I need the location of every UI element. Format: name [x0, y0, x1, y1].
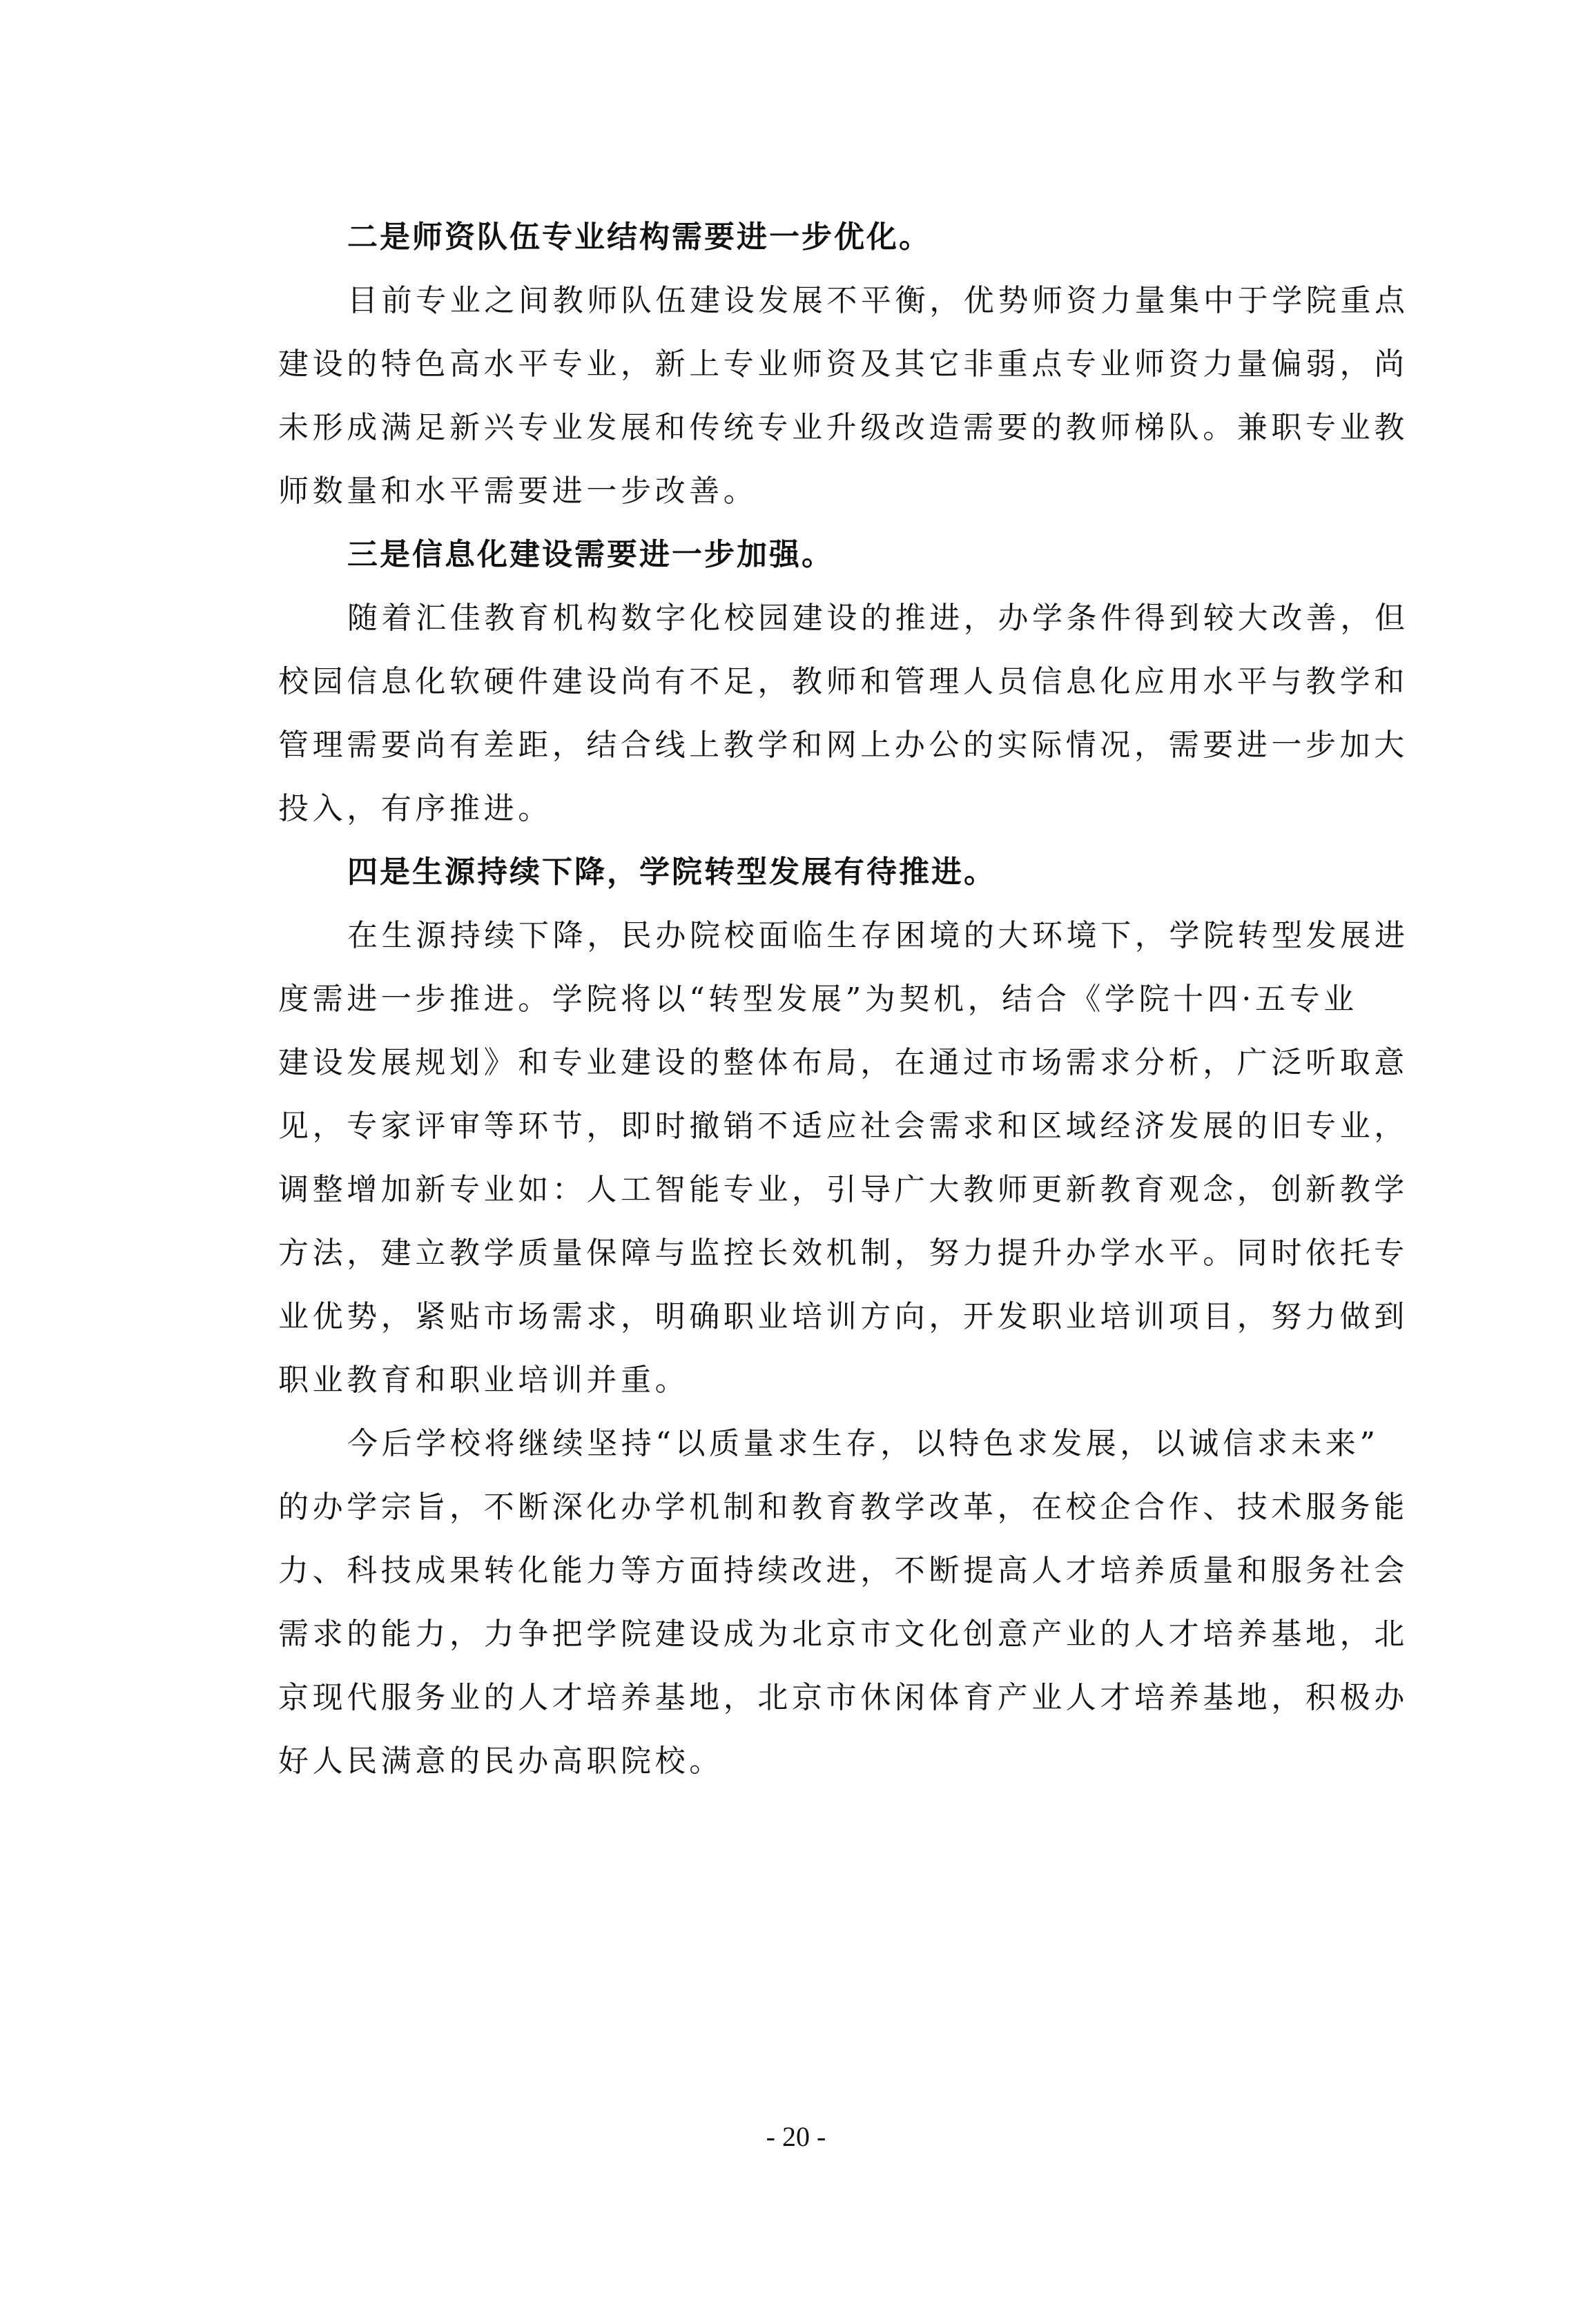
paragraph-line: 好人民满意的民办高职院校。 [278, 1730, 1350, 1793]
paragraph-line: 京现代服务业的人才培养基地，北京市休闲体育产业人才培养基地，积极办 [278, 1666, 1350, 1730]
paragraph-line: 随着汇佳教育机构数字化校园建设的推进，办学条件得到较大改善，但 [278, 587, 1350, 650]
paragraph-line: 目前专业之间教师队伍建设发展不平衡，优势师资力量集中于学院重点 [278, 269, 1350, 333]
paragraph-line: 未形成满足新兴专业发展和传统专业升级改造需要的教师梯队。兼职专业教 [278, 396, 1350, 460]
paragraph-line: 投入，有序推进。 [278, 777, 1350, 841]
paragraph-line: 方法，建立教学质量保障与监控长效机制，努力提升办学水平。同时依托专 [278, 1222, 1350, 1285]
paragraph-line: 业优势，紧贴市场需求，明确职业培训方向，开发职业培训项目，努力做到 [278, 1285, 1350, 1349]
paragraph-line: 力、科技成果转化能力等方面持续改进，不断提高人才培养质量和服务社会 [278, 1539, 1350, 1603]
section-heading: 四是生源持续下降，学院转型发展有待推进。 [278, 841, 1350, 904]
document-page: 二是师资队伍专业结构需要进一步优化。 目前专业之间教师队伍建设发展不平衡，优势师… [278, 206, 1350, 1793]
paragraph-line: 见，专家评审等环节，即时撤销不适应社会需求和区域经济发展的旧专业， [278, 1095, 1350, 1158]
paragraph-line: 建设发展规划》和专业建设的整体布局，在通过市场需求分析，广泛听取意 [278, 1031, 1350, 1095]
paragraph-line: 校园信息化软硬件建设尚有不足，教师和管理人员信息化应用水平与教学和 [278, 650, 1350, 714]
paragraph-line: 的办学宗旨，不断深化办学机制和教育教学改革，在校企合作、技术服务能 [278, 1476, 1350, 1539]
section-heading: 二是师资队伍专业结构需要进一步优化。 [278, 206, 1350, 269]
paragraph-line: 在生源持续下降，民办院校面临生存困境的大环境下，学院转型发展进 [278, 904, 1350, 968]
paragraph-line: 师数量和水平需要进一步改善。 [278, 460, 1350, 523]
paragraph-line: 度需进一步推进。学院将以“转型发展”为契机，结合《学院十四·五专业 [278, 968, 1350, 1031]
paragraph-line: 调整增加新专业如：人工智能专业，引导广大教师更新教育观念，创新教学 [278, 1158, 1350, 1222]
section-heading: 三是信息化建设需要进一步加强。 [278, 523, 1350, 587]
paragraph-line: 建设的特色高水平专业，新上专业师资及其它非重点专业师资力量偏弱，尚 [278, 333, 1350, 396]
paragraph-line: 需求的能力，力争把学院建设成为北京市文化创意产业的人才培养基地，北 [278, 1603, 1350, 1666]
paragraph-line: 职业教育和职业培训并重。 [278, 1349, 1350, 1412]
paragraph-line: 今后学校将继续坚持“以质量求生存，以特色求发展，以诚信求未来” [278, 1412, 1350, 1476]
page-number: - 20 - [0, 2120, 1592, 2153]
paragraph-line: 管理需要尚有差距，结合线上教学和网上办公的实际情况，需要进一步加大 [278, 714, 1350, 777]
